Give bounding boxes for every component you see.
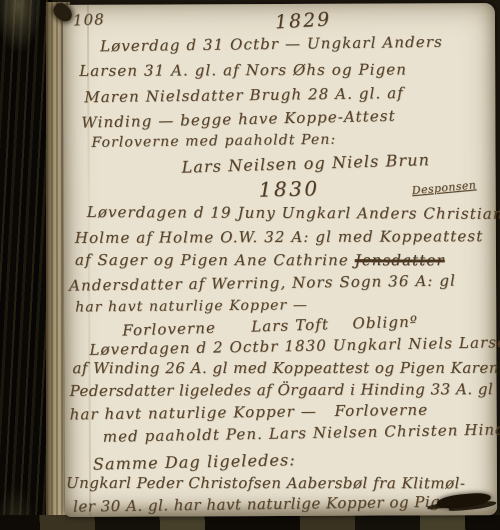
entry4-line1: Samme Dag ligeledes: [93, 452, 296, 472]
entry1-witnesses: Lars Neilsen og Niels Brun [181, 152, 430, 176]
margin-note: Desponsen [411, 179, 476, 196]
entry2-line2: Holme af Holme O.W. 32 A: gl med Koppeat… [75, 229, 483, 246]
register-scan: 108 1829 Løverdag d 31 Octbr — Ungkarl A… [0, 0, 500, 530]
entry4-line2: Ungkarl Peder Christofsen Aabersbøl fra … [66, 476, 466, 491]
entry1-line2: Larsen 31 A. gl. af Nors Øhs og Pigen [79, 62, 407, 78]
page-number: 108 [73, 12, 106, 28]
entry1-line3: Maren Nielsdatter Brugh 28 A. gl. af [84, 86, 404, 105]
entry1-line4: Winding — begge have Koppe-Attest [81, 109, 396, 131]
entry3-witnesses: med paaholdt Pen. Lars Nielsen Christen … [103, 422, 500, 445]
entry2-line3-text: af Sager og Pigen Ane Cathrine [75, 251, 355, 269]
entry3-line2: af Winding 26 A. gl med Koppeattest og P… [72, 361, 499, 376]
register-page: 108 1829 Løverdag d 31 Octbr — Ungkarl A… [63, 3, 497, 517]
entry1-forlovere: Forloverne med paaholdt Pen: [91, 133, 336, 150]
entry1-line1: Løverdag d 31 Octbr — Ungkarl Anders [100, 35, 443, 54]
entry4-line3: ler 30 A. gl. har havt naturlige Kopper … [73, 495, 460, 515]
bottom-book-edge [0, 515, 500, 530]
year-heading-1829: 1829 [274, 10, 331, 32]
year-heading-1830: 1830 [258, 178, 319, 199]
entry2-line3: af Sager og Pigen Ane Cathrine Jensdatte… [75, 253, 445, 268]
entry3-line4: har havt naturlige Kopper — Forloverne [70, 403, 429, 423]
entry2-line4: Andersdatter af Werring, Nors Sogn 36 A:… [69, 274, 456, 294]
entry2-line1: Løverdagen d 19 Juny Ungkarl Anders Chri… [87, 205, 500, 222]
entry2-line5: har havt naturlige Kopper — [75, 298, 308, 314]
book-binding-edge [0, 0, 52, 530]
entry2-struck-word: Jensdatter [355, 251, 445, 269]
entry3-line3: Pedersdatter ligeledes af Örgaard i Hind… [70, 382, 494, 399]
